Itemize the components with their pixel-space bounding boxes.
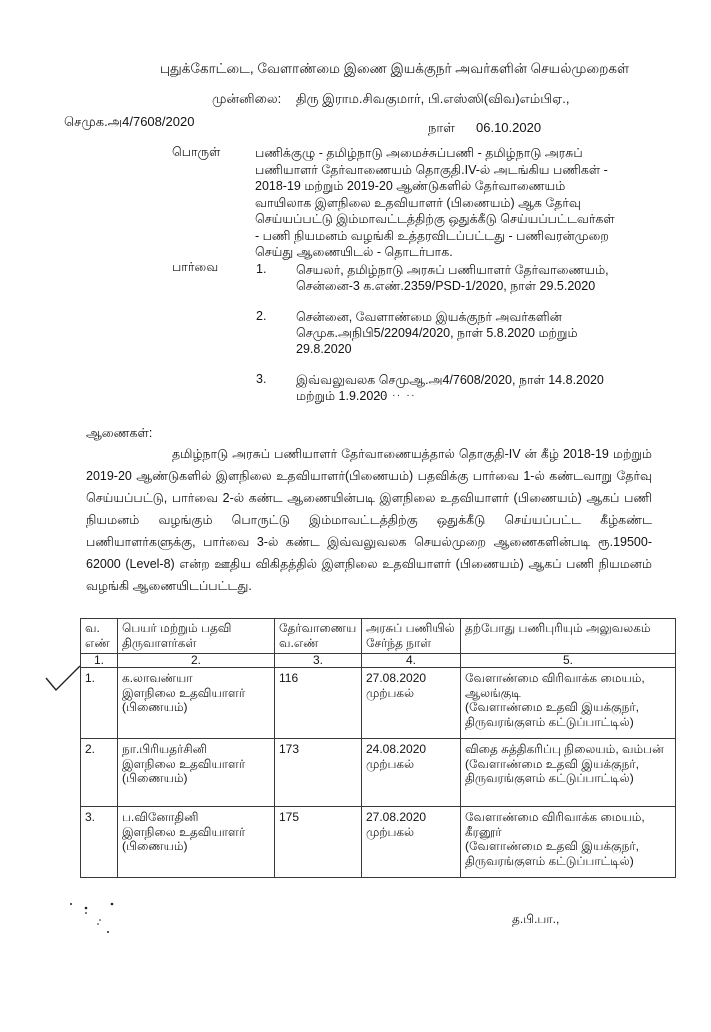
appointment-table: வ. எண் பெயர் மற்றும் பதவி திருவாளர்கள் த… xyxy=(80,618,676,878)
employee-designation: இளநிலை உதவியாளர் (பிணையம்) xyxy=(122,686,270,715)
column-number: 5. xyxy=(461,654,676,668)
cell-tnpsc-number: 116 xyxy=(275,668,362,739)
cell-name: ப.வினோதினிஇளநிலை உதவியாளர் (பிணையம்) xyxy=(118,807,275,878)
employee-designation: இளநிலை உதவியாளர் (பிணையம்) xyxy=(122,757,270,786)
cell-tnpsc-number: 175 xyxy=(275,807,362,878)
header-name: பெயர் மற்றும் பதவி திருவாளர்கள் xyxy=(118,619,275,654)
presence-label: முன்னிலை: xyxy=(212,91,281,108)
join-date: 24.08.2020 xyxy=(366,742,456,757)
cell-office: விதை சுத்திகரிப்பு நிலையம், வம்பன்(வேளாண… xyxy=(461,739,676,807)
orders-label: ஆணைகள்: xyxy=(86,426,152,442)
table-header-row: வ. எண் பெயர் மற்றும் பதவி திருவாளர்கள் த… xyxy=(81,619,676,654)
reference-3-number: 3. xyxy=(256,372,266,387)
office-name: வேளாண்மை விரிவாக்க மையம், கீரனூர் xyxy=(465,810,671,839)
office-note: (வேளாண்மை உதவி இயக்குநர், திருவரங்குளம் … xyxy=(465,757,671,786)
cell-tnpsc-number: 173 xyxy=(275,739,362,807)
cell-office: வேளாண்மை விரிவாக்க மையம், ஆலங்குடி(வேளாண… xyxy=(461,668,676,739)
employee-name: ப.வினோதினி xyxy=(122,810,270,825)
cell-join-date: 27.08.2020முற்பகல் xyxy=(362,807,461,878)
office-note: (வேளாண்மை உதவி இயக்குநர், திருவரங்குளம் … xyxy=(465,839,671,868)
join-session: முற்பகல் xyxy=(366,757,456,772)
orders-body: தமிழ்நாடு அரசுப் பணியாளர் தேர்வாணையத்தால… xyxy=(86,443,652,597)
header-join-date: அரசுப் பணியில் சேர்ந்த நாள் xyxy=(362,619,461,654)
reference-2-number: 2. xyxy=(256,309,266,324)
table-row: 1. க.லாவண்யாஇளநிலை உதவியாளர் (பிணையம்) 1… xyxy=(81,668,676,739)
join-session: முற்பகல் xyxy=(366,686,456,701)
handwritten-tick-icon xyxy=(44,664,84,694)
office-note: (வேளாண்மை உதவி இயக்குநர், திருவரங்குளம் … xyxy=(465,700,671,729)
cell-serial: 3. xyxy=(81,807,118,878)
column-number: 1. xyxy=(81,654,118,668)
reference-2-text: சென்னை, வேளாண்மை இயக்குநர் அவர்களின் செம… xyxy=(296,309,616,357)
join-session: முற்பகல் xyxy=(366,825,456,840)
cell-join-date: 27.08.2020முற்பகல் xyxy=(362,668,461,739)
employee-name: க.லாவண்யா xyxy=(122,671,270,686)
header-office: தற்போது பணிபுரியும் அலுவலகம் xyxy=(461,619,676,654)
reference-1-text: செயலர், தமிழ்நாடு அரசுப் பணியாளர் தேர்வா… xyxy=(296,262,616,294)
footer-initials: த.பி.பா., xyxy=(512,912,559,928)
join-date: 27.08.2020 xyxy=(366,810,456,825)
cell-name: க.லாவண்யாஇளநிலை உதவியாளர் (பிணையம்) xyxy=(118,668,275,739)
cell-serial: 1. xyxy=(81,668,118,739)
office-name: விதை சுத்திகரிப்பு நிலையம், வம்பன் xyxy=(465,742,671,757)
cell-serial: 2. xyxy=(81,739,118,807)
cell-office: வேளாண்மை விரிவாக்க மையம், கீரனூர்(வேளாண்… xyxy=(461,807,676,878)
column-number: 4. xyxy=(362,654,461,668)
office-name: வேளாண்மை விரிவாக்க மையம், ஆலங்குடி xyxy=(465,671,671,700)
cell-name: நா.பிரியதர்சினிஇளநிலை உதவியாளர் (பிணையம்… xyxy=(118,739,275,807)
document-title: புதுக்கோட்டை, வேளாண்மை இணை இயக்குநர் அவர… xyxy=(160,61,629,79)
references-label: பார்வை xyxy=(172,260,218,275)
reference-number: செமுக.அ4/7608/2020 xyxy=(64,114,194,131)
subject-label: பொருள் xyxy=(172,145,220,161)
section-separator: .. .. .. xyxy=(378,388,416,399)
presence-officer-name: திரு இராம.சிவகுமார், பி.எஸ்ஸி(விவ)எம்பிஏ… xyxy=(296,91,569,108)
header-serial: வ. எண் xyxy=(81,619,118,654)
cell-join-date: 24.08.2020முற்பகல் xyxy=(362,739,461,807)
reference-3-text: இவ்வலுவலக செமுஆ.அ4/7608/2020, நாள் 14.8.… xyxy=(296,372,616,404)
join-date: 27.08.2020 xyxy=(366,671,456,686)
employee-name: நா.பிரியதர்சினி xyxy=(122,742,270,757)
header-tnpsc-number: தேர்வாணைய வ.எண் xyxy=(275,619,362,654)
subject-text: பணிக்குழு - தமிழ்நாடு அமைச்சுப்பணி - தமி… xyxy=(255,145,615,261)
table-row: 3. ப.வினோதினிஇளநிலை உதவியாளர் (பிணையம்) … xyxy=(81,807,676,878)
employee-designation: இளநிலை உதவியாளர் (பிணையம்) xyxy=(122,825,270,854)
column-number-row: 1. 2. 3. 4. 5. xyxy=(81,654,676,668)
column-number: 3. xyxy=(275,654,362,668)
reference-1-number: 1. xyxy=(256,262,266,277)
table-row: 2. நா.பிரியதர்சினிஇளநிலை உதவியாளர் (பிணை… xyxy=(81,739,676,807)
ink-specks-icon xyxy=(68,900,128,940)
column-number: 2. xyxy=(118,654,275,668)
date-label: நாள் xyxy=(428,120,455,137)
date-value: 06.10.2020 xyxy=(476,120,541,135)
